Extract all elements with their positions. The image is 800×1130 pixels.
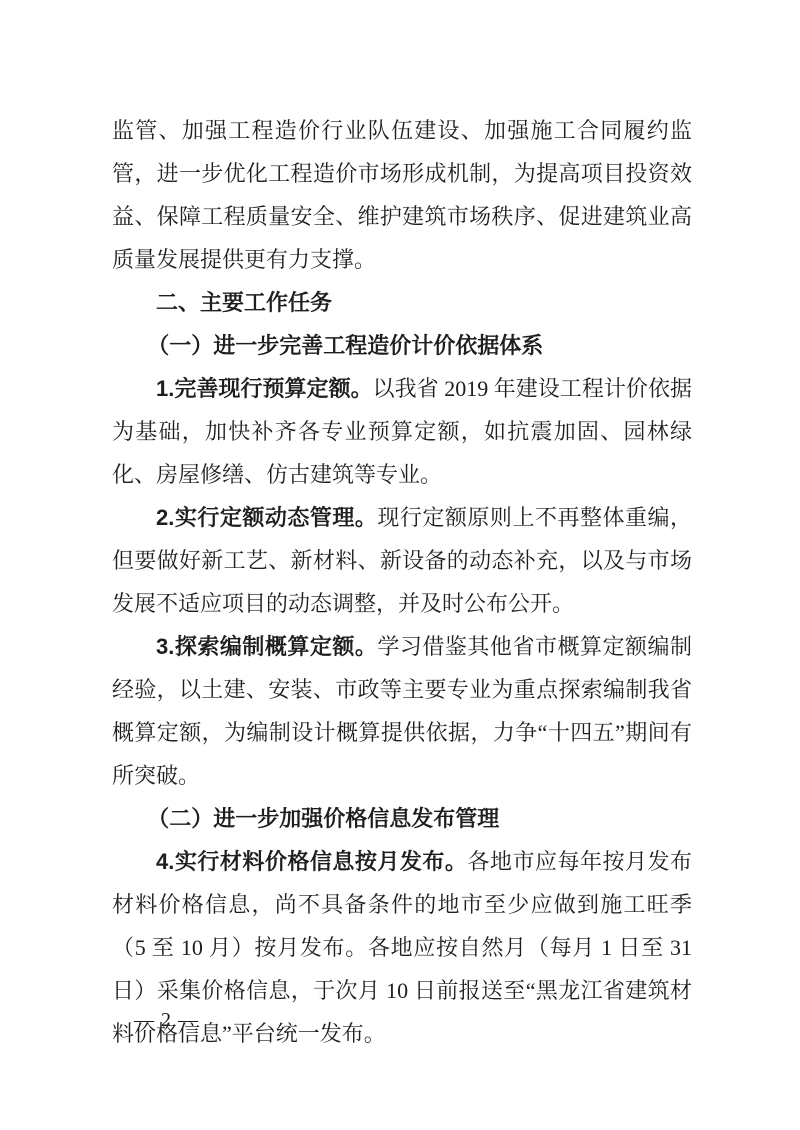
numbered-paragraph-1-lead: 1.完善现行预算定额。 [156,376,373,401]
numbered-paragraph-2: 2.实行定额动态管理。现行定额原则上不再整体重编，但要做好新工艺、新材料、新设备… [112,496,692,625]
paragraph-continuation: 监管、加强工程造价行业队伍建设、加强施工合同履约监管，进一步优化工程造价市场形成… [112,109,692,281]
section-heading-main-tasks: 二、主要工作任务 [112,281,692,324]
subsection-heading-price-info: （二）进一步加强价格信息发布管理 [112,797,692,840]
numbered-paragraph-3-lead: 3.探索编制概算定额。 [156,634,377,659]
numbered-paragraph-4-text: 各地市应每年按月发布材料价格信息，尚不具备条件的地市至少应做到施工旺季（5 至 … [112,849,692,1046]
document-page: 监管、加强工程造价行业队伍建设、加强施工合同履约监管，进一步优化工程造价市场形成… [0,0,800,1130]
numbered-paragraph-2-lead: 2.实行定额动态管理。 [156,505,377,530]
page-number: — 2 — [134,1006,199,1034]
numbered-paragraph-1: 1.完善现行预算定额。以我省 2019 年建设工程计价依据为基础，加快补齐各专业… [112,367,692,496]
numbered-paragraph-3: 3.探索编制概算定额。学习借鉴其他省市概算定额编制经验，以土建、安装、市政等主要… [112,625,692,797]
numbered-paragraph-4-lead: 4.实行材料价格信息按月发布。 [156,849,467,874]
numbered-paragraph-4: 4.实行材料价格信息按月发布。各地市应每年按月发布材料价格信息，尚不具备条件的地… [112,840,692,1055]
subsection-heading-pricing-basis: （一）进一步完善工程造价计价依据体系 [112,324,692,367]
document-body: 监管、加强工程造价行业队伍建设、加强施工合同履约监管，进一步优化工程造价市场形成… [112,109,692,1055]
